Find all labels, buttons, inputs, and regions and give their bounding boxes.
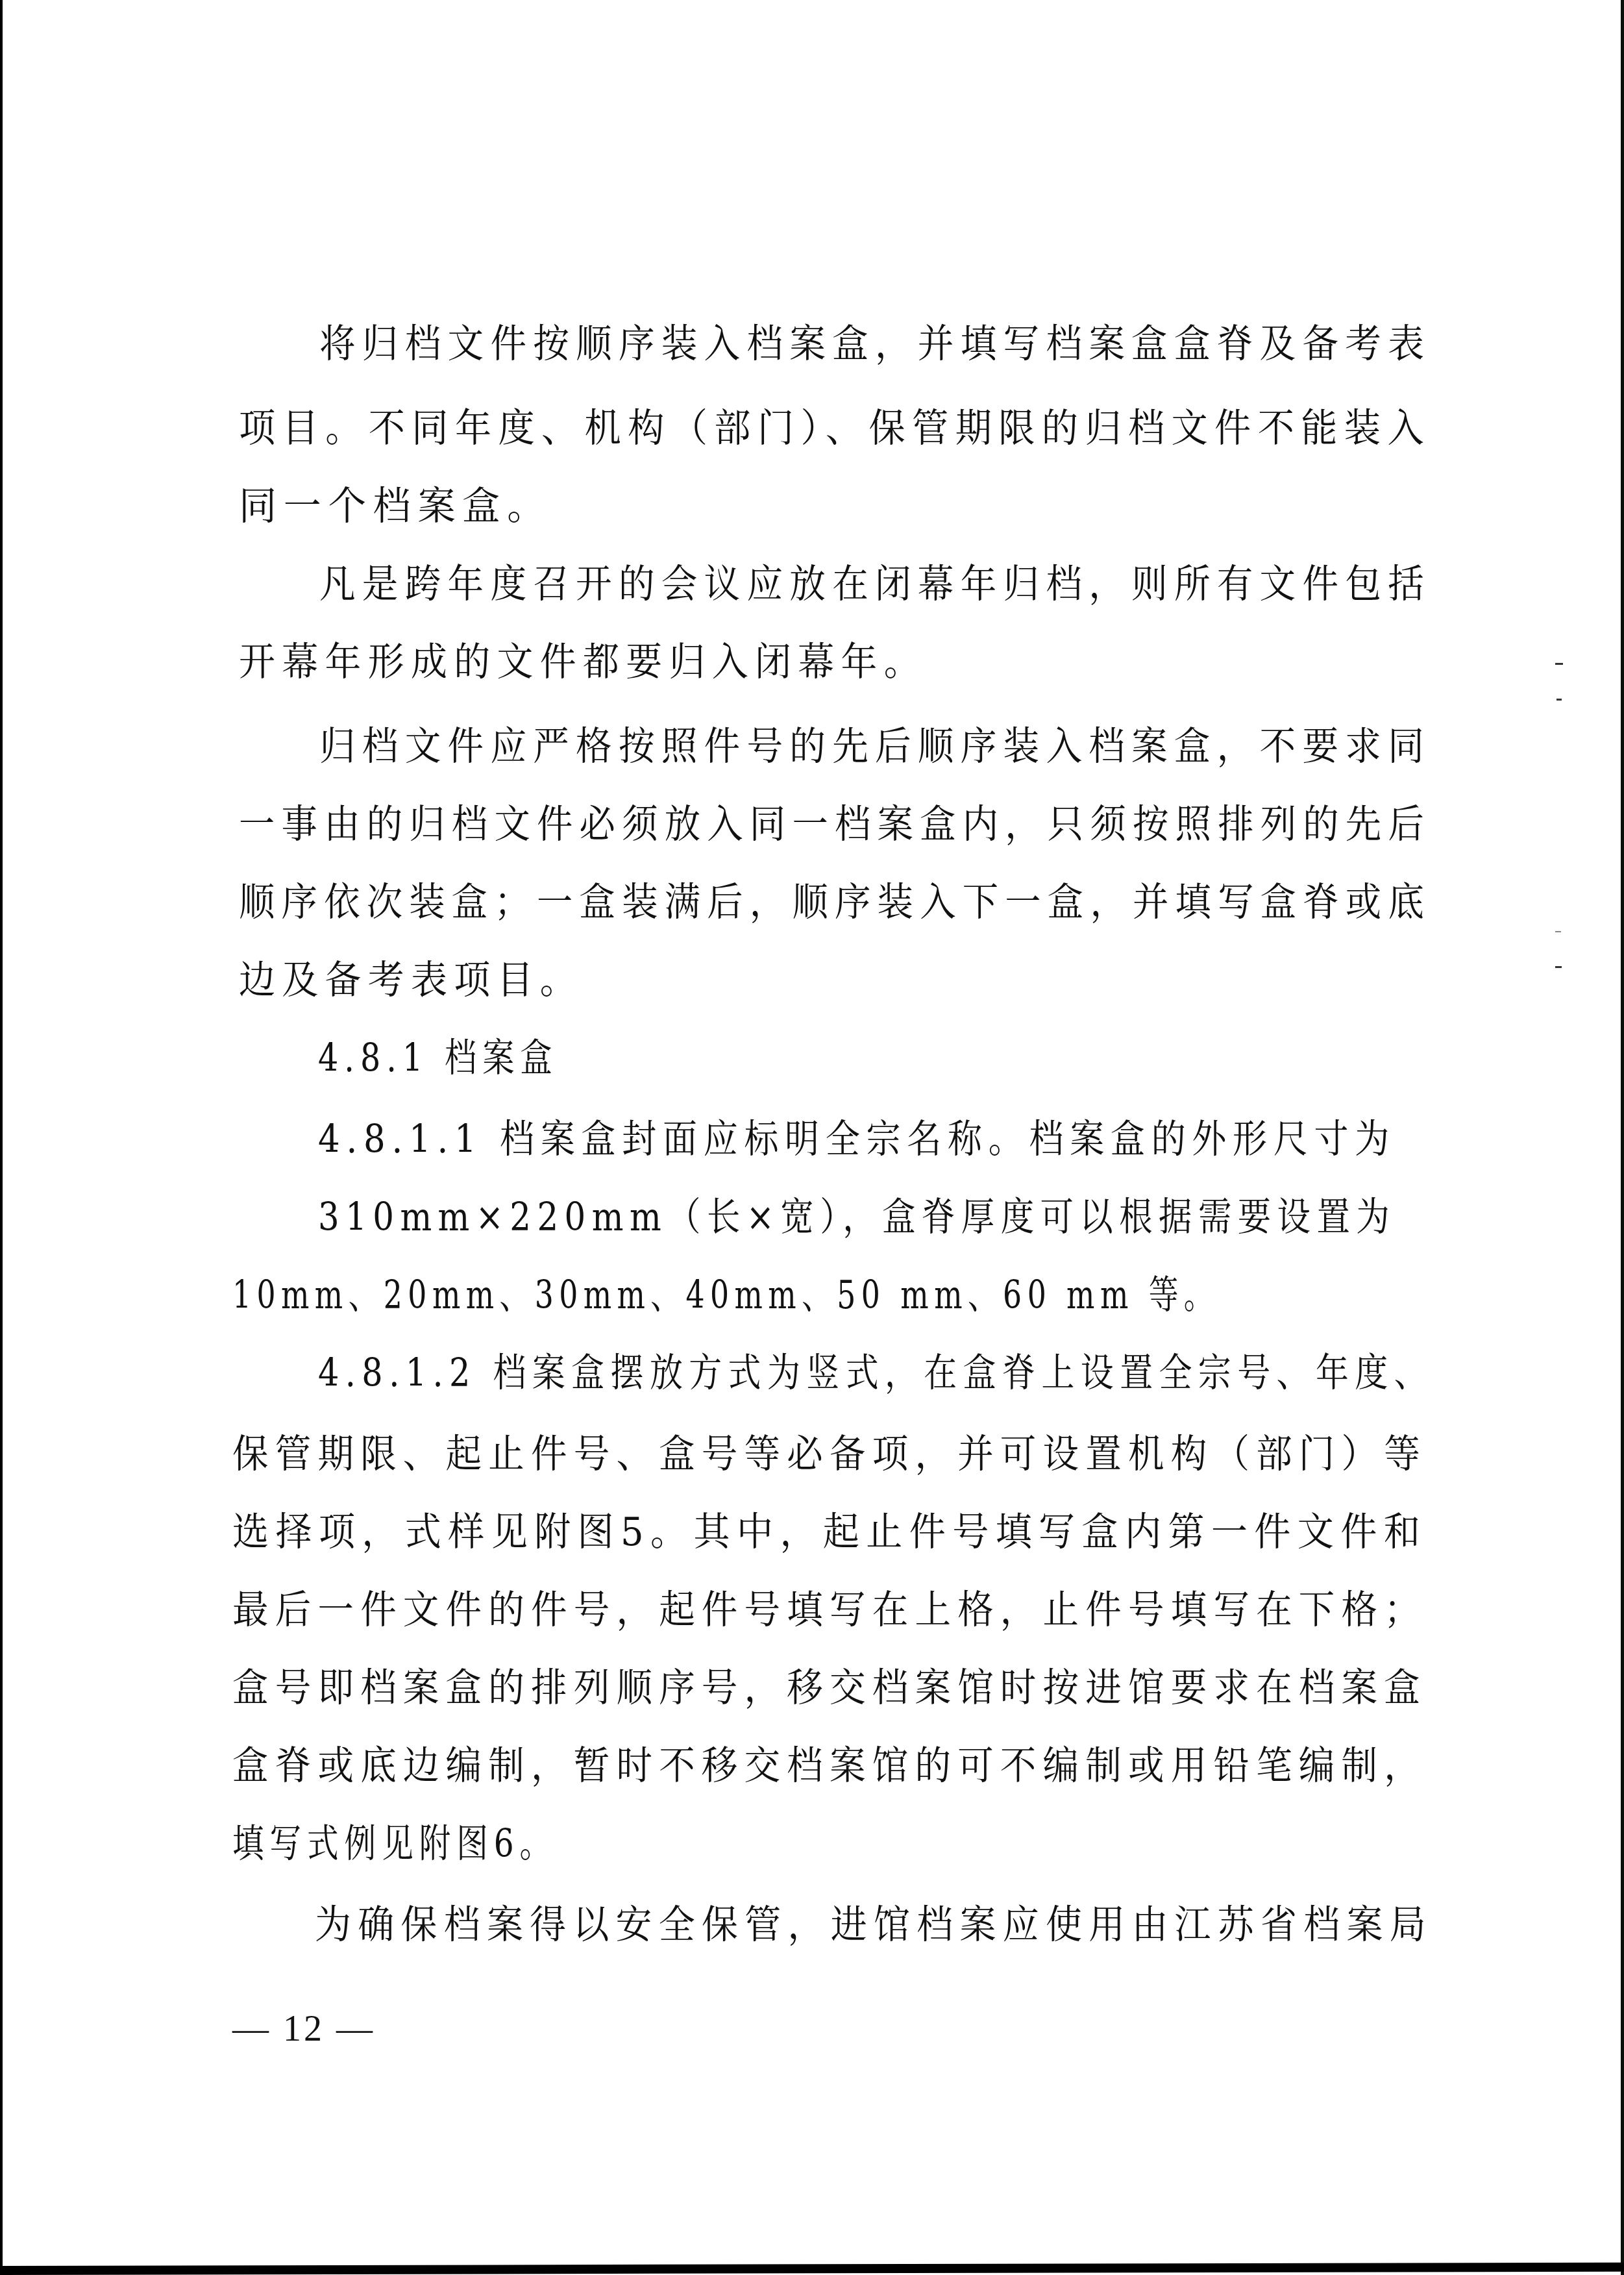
subsection-text-line: 4.8.1.1 档案盒封面应标明全宗名称。档案盒的外形尺寸为 bbox=[318, 1113, 1396, 1165]
subsection-text-line: 填写式例见附图6。 bbox=[232, 1818, 557, 1870]
subsection-text-line: 盒脊或底边编制，暂时不移交档案馆的可不编制或用铅笔编制， bbox=[232, 1740, 1427, 1792]
body-text-line: 边及备考表项目。 bbox=[239, 954, 583, 1006]
body-text-line: 将归档文件按顺序装入档案盒，并填写档案盒盒脊及备考表 bbox=[319, 318, 1431, 370]
body-text-line: 开幕年形成的文件都要归入闭幕年。 bbox=[239, 636, 927, 688]
subsection-text-line: 选择项，式样见附图5。其中，起止件号填写盒内第一件文件和 bbox=[232, 1506, 1427, 1558]
body-text-line: 顺序依次装盒；一盒装满后，顺序装入下一盒，并填写盒脊或底 bbox=[239, 876, 1431, 928]
scan-speck bbox=[1556, 699, 1562, 701]
scan-speck bbox=[1555, 663, 1563, 665]
body-text-line: 凡是跨年度召开的会议应放在闭幕年归档，则所有文件包括 bbox=[319, 558, 1431, 610]
scan-edge-left bbox=[0, 0, 3, 2275]
scan-edge-bottom bbox=[0, 2263, 1624, 2275]
subsection-text-line: 10mm、20mm、30mm、40mm、50 mm、60 mm 等。 bbox=[232, 1269, 1219, 1321]
body-text-line: 一事由的归档文件必须放入同一档案盒内，只须按照排列的先后 bbox=[239, 799, 1431, 851]
subsection-text-line: 最后一件文件的件号，起件号填写在上格，止件号填写在下格； bbox=[232, 1584, 1427, 1636]
body-text-line: 项目。不同年度、机构（部门）、保管期限的归档文件不能装入 bbox=[239, 403, 1431, 454]
body-text-line: 同一个档案盒。 bbox=[239, 480, 552, 532]
body-text-line: 为确保档案得以安全保管，进馆档案应使用由江苏省档案局 bbox=[315, 1899, 1433, 1951]
scan-speck bbox=[1555, 931, 1561, 932]
page-number: — 12 — bbox=[232, 2006, 375, 2052]
subsection-text-line: 盒号即档案盒的排列顺序号，移交档案馆时按进馆要求在档案盒 bbox=[232, 1662, 1427, 1714]
scan-edge-right bbox=[1621, 0, 1624, 2275]
body-text-line: 归档文件应严格按照件号的先后顺序装入档案盒，不要求同 bbox=[319, 721, 1431, 773]
subsection-text-line: 310mm×220mm（长×宽），盒脊厚度可以根据需要设置为 bbox=[318, 1191, 1396, 1243]
scan-speck bbox=[1555, 966, 1562, 968]
section-heading: 4.8.1 档案盒 bbox=[318, 1032, 558, 1084]
subsection-text-line: 4.8.1.2 档案盒摆放方式为竖式，在盒脊上设置全宗号、年度、 bbox=[318, 1347, 1433, 1399]
subsection-text-line: 保管期限、起止件号、盒号等必备项，并可设置机构（部门）等 bbox=[232, 1428, 1427, 1480]
